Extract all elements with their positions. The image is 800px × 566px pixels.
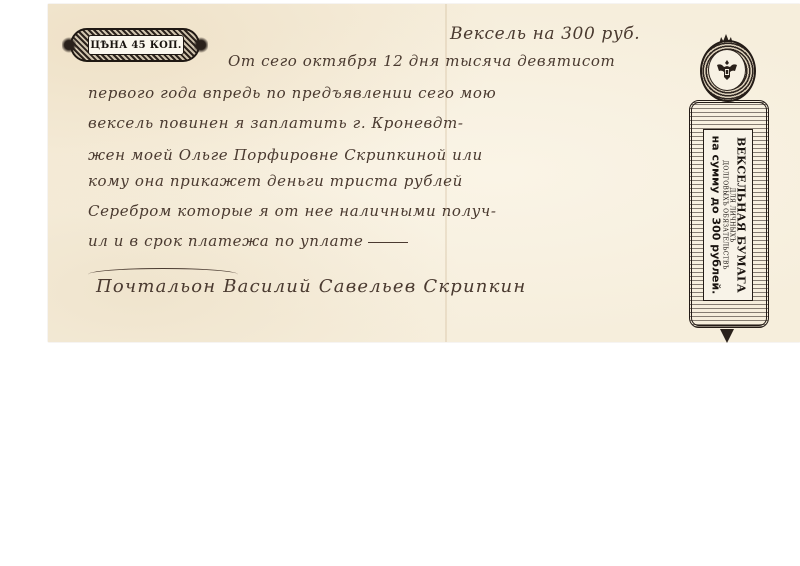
stamp-amount: на сумму до 300 рублей. xyxy=(709,131,721,299)
price-cartouche: ЦѢНА 45 КОП. xyxy=(70,28,200,62)
promissory-note-paper: ЦѢНА 45 КОП. Вексель на 300 руб. От сего… xyxy=(48,4,800,342)
signature: Почтальон Василий Савельев Скрипкин xyxy=(96,276,526,297)
revenue-stamp: ВЕКСЕЛЬНАЯ БУМАГА ДЛЯ ЛИЧНЫХЪ ДОЛГОВЫХЪ … xyxy=(681,34,771,334)
price-label: ЦѢНА 45 КОП. xyxy=(88,35,184,55)
body-line-3: вексель повинен я заплатить г. Кроневдт- xyxy=(88,114,463,132)
body-line-6: Серебром которые я от нее наличными полу… xyxy=(88,202,497,220)
body-line-4: жен моей Ольге Порфировне Скрипкиной или xyxy=(88,146,483,164)
double-headed-eagle-icon xyxy=(708,49,746,91)
stamp-title: ВЕКСЕЛЬНАЯ БУМАГА xyxy=(735,131,747,299)
note-heading: Вексель на 300 руб. xyxy=(450,24,640,44)
body-line-2: первого года впредь по предъявлении сего… xyxy=(88,84,496,102)
stamp-subtitle-1: ДЛЯ ЛИЧНЫХЪ xyxy=(728,131,735,299)
body-line-1: От сего октября 12 дня тысяча девятисот xyxy=(228,52,615,70)
stamp-text-box: ВЕКСЕЛЬНАЯ БУМАГА ДЛЯ ЛИЧНЫХЪ ДОЛГОВЫХЪ … xyxy=(703,129,753,301)
stamp-frame: ВЕКСЕЛЬНАЯ БУМАГА ДЛЯ ЛИЧНЫХЪ ДОЛГОВЫХЪ … xyxy=(689,100,769,328)
body-line-5: кому она прикажет деньги триста рублей xyxy=(88,172,463,190)
body-line-7: ил и в срок платежа по уплате xyxy=(88,232,408,250)
